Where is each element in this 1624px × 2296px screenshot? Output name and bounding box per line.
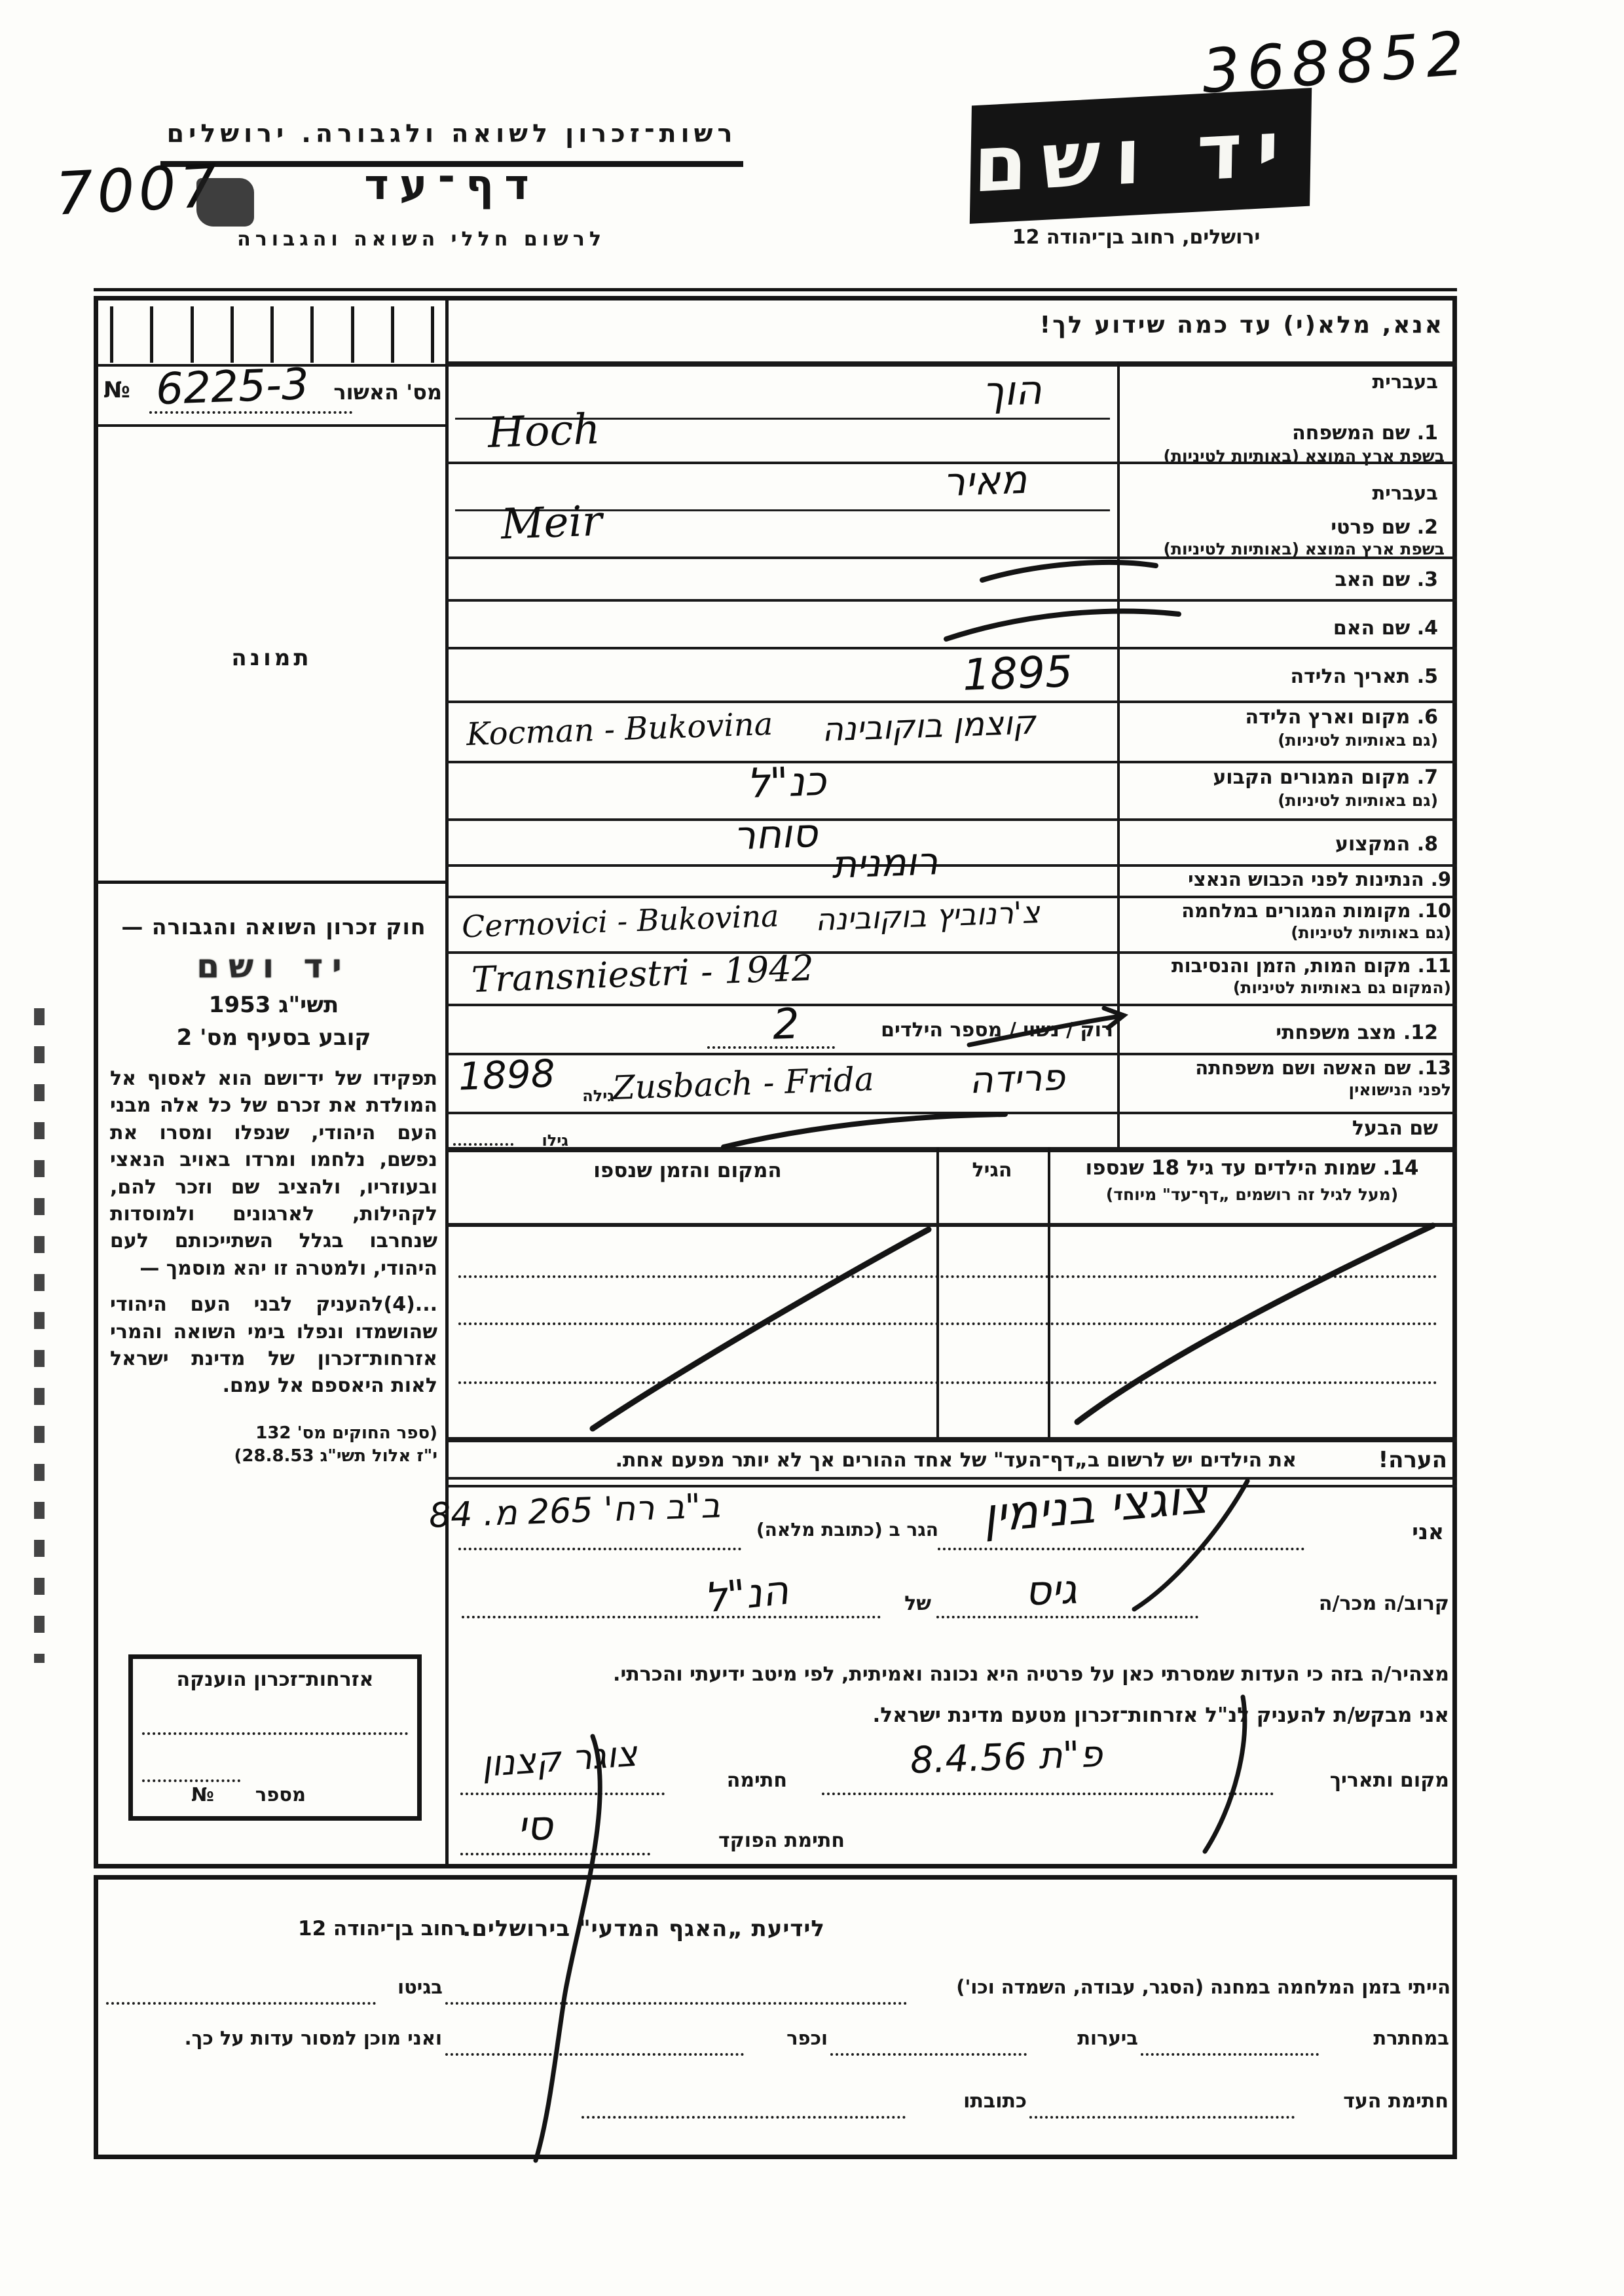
relation-handwritten: גיס <box>1024 1565 1078 1615</box>
address-line <box>458 1548 741 1550</box>
field8-value: סוחר <box>733 811 819 859</box>
relation-line <box>936 1616 1198 1618</box>
field9-label: 9. הנתינות לפני הכבוש הנאצי <box>1124 868 1451 890</box>
law-logo-text: יד ושם <box>110 947 437 985</box>
authority-line: רשות־זכרון לשואה ולגבורה. ירושלים <box>160 119 743 167</box>
law-body-paragraph: תפקידו של יד־ושם הוא לאסוף אל המולדת את … <box>110 1065 437 1282</box>
approval-number-line <box>149 411 352 414</box>
field12-children-line <box>707 1046 835 1049</box>
separator <box>447 864 1457 867</box>
field14-age-column-header: הגיל <box>940 1159 1044 1182</box>
table-row-line <box>458 1322 1437 1325</box>
official-signature-handwritten: סי <box>517 1801 554 1850</box>
village-label: וכפר <box>747 2027 828 2049</box>
citizenship-number-line <box>142 1779 240 1782</box>
field10-sublabel: (גם באותיות לטיניות) <box>1124 923 1451 942</box>
approval-number-symbol: № <box>103 377 143 403</box>
approval-number-label: מס' האשור <box>324 380 442 405</box>
place-date-line <box>822 1793 1274 1795</box>
field7-sublabel: (גם באותיות לטיניות) <box>1124 791 1438 810</box>
law-excerpt-panel: חוק זכרון השואה והגבורה — יד ושם תשי"ג 1… <box>110 914 437 1468</box>
field2-label: 2. שם פרטי <box>1124 516 1438 539</box>
yad-vashem-stamp: יד ושם <box>970 88 1312 224</box>
of-line <box>462 1616 881 1618</box>
law-body-paragraph-2: ...(4)להעניק לבני העם היהודי שהושמדו ונפ… <box>110 1291 437 1400</box>
field2-lang-label: בעברית <box>1124 482 1438 504</box>
bottom-title-address: רחוב בן־יהודה 12 <box>298 1917 475 1941</box>
declarant-i-label: אני <box>1365 1519 1444 1544</box>
field6-hebrew-value: קוצמן בוקובינה <box>821 703 1036 748</box>
separator <box>447 818 1457 821</box>
separator <box>447 1437 1457 1442</box>
law-clause: קובע בסעיף מס' 2 <box>110 1025 437 1051</box>
signature-label: חתימה <box>669 1769 787 1792</box>
witness-address-label: כתובתו <box>909 2090 1027 2113</box>
village-line <box>445 2053 744 2056</box>
perforation-ticks <box>110 306 434 363</box>
official-signature-line <box>460 1853 650 1855</box>
field1-label: 1. שם המשפחה <box>1124 422 1438 445</box>
form-title: דף־עד <box>357 161 547 210</box>
field13-sublabel: לפני הנישואין <box>1124 1080 1451 1099</box>
left-panel-divider <box>445 296 449 1868</box>
photo-box-bottom <box>98 881 447 884</box>
witness-signature-label: חתימת העד <box>1298 2090 1449 2113</box>
official-signature-label: חתימת הפוקד <box>655 1829 845 1852</box>
law-source-line1: (ספר החוקים מס' 132 <box>255 1423 437 1443</box>
field11-label: 11. מקום המות, הזמן והנסיבות <box>1124 955 1451 977</box>
citizenship-number-label: מספר <box>255 1783 306 1806</box>
table-header-underline <box>447 1223 1457 1227</box>
ready-to-testify-label: ואני מוכן למסור עדות על כך. <box>106 2027 442 2049</box>
field13-age-label: גילה <box>562 1087 614 1105</box>
declarant-name-line <box>938 1548 1304 1550</box>
separator <box>447 361 1457 367</box>
request-text: אני מבקש/ת להעניק לנ"ל אזרחות־זכרון מטעם… <box>462 1704 1449 1727</box>
signature-line <box>460 1793 665 1795</box>
witness-signature-line <box>1029 2116 1295 2119</box>
field13-label: 13. שם האשה ושם משפחתה <box>1124 1057 1451 1079</box>
photo-placeholder-label: תמונה <box>190 645 354 671</box>
approval-number-handwritten: 6225-3 <box>155 359 310 414</box>
bottom-title: לידיעת „האגף המדעי" בירושלים. <box>485 1916 825 1942</box>
field13-hebrew-value: פרידה <box>969 1056 1065 1102</box>
scan-edge-artifact <box>34 1008 45 1663</box>
witness-address-line <box>581 2116 906 2119</box>
field5-label: 5. תאריך הלידה <box>1124 665 1438 688</box>
separator-double-bottom <box>447 1485 1457 1487</box>
husband-age-line <box>453 1143 513 1146</box>
fill-instruction: אנא, מלא(י) עד כמה שידוע לך! <box>950 312 1444 338</box>
field8-label: 8. המקצוע <box>1124 833 1438 856</box>
law-year: תשי"ג 1953 <box>110 992 437 1018</box>
table-col-divider-age-left <box>936 1147 939 1437</box>
husband-name-label: שם הבעל <box>1124 1117 1438 1140</box>
declaration-text: מצהיר/ה בזה כי העדות שמסרתי כאן על פרטיה… <box>462 1663 1449 1686</box>
approval-row-underline <box>98 424 447 427</box>
field7-value: כנ"ל <box>746 757 827 807</box>
field1-lang-label: בעברית <box>1124 371 1438 393</box>
field3-label: 3. שם האב <box>1124 568 1438 591</box>
law-title: חוק זכרון השואה והגבורה — <box>110 914 437 939</box>
place-date-label: מקום ותאריך <box>1280 1769 1449 1792</box>
label-column-divider <box>1117 361 1120 1150</box>
field5-value: 1895 <box>962 646 1074 701</box>
separator <box>447 1112 1457 1114</box>
table-row-line <box>458 1275 1437 1278</box>
field6-sublabel: (גם באותיות לטיניות) <box>1124 731 1438 750</box>
camp-line <box>445 2002 907 2005</box>
relation-label: קרוב/ה מכר/ה <box>1204 1592 1449 1615</box>
field11-sublabel: (המקום גם באותיות לטיניות) <box>1124 978 1451 997</box>
top-double-rule <box>94 288 1457 291</box>
of-value-handwritten: הנ"ל <box>702 1565 791 1622</box>
law-source-line2: י"ז אלול תשי"ג 28.8.53) <box>234 1446 437 1466</box>
citizenship-number-symbol: № <box>191 1783 214 1806</box>
field2-latin-value: Meir <box>500 497 603 549</box>
field1-hebrew-value: הוך <box>982 365 1043 415</box>
field6-label: 6. מקום וארץ הלידה <box>1124 706 1438 729</box>
field12-label: 12. מצב משפחתי <box>1124 1021 1438 1044</box>
separator <box>447 647 1457 649</box>
separator <box>447 1147 1457 1152</box>
ghetto-line <box>106 2002 376 2005</box>
underground-line <box>1141 2053 1319 2056</box>
separator <box>447 1053 1457 1055</box>
separator <box>447 761 1457 763</box>
resides-label: הגר ב (כתובת מלאה) <box>752 1519 938 1540</box>
daf-ed-testimony-form: 368852 יד ושם ירושלים, רחוב בן־יהודה 12 … <box>0 0 1624 2296</box>
table-row-line <box>458 1381 1437 1384</box>
form-subtitle: לרשום חללי השואה והגבורה <box>298 228 606 251</box>
note-text: את הילדים יש לרשום ב„דף־העד" של אחד ההור… <box>485 1449 1297 1472</box>
camp-line-label: הייתי בזמן המלחמה במחנה (הסגר, עבודה, הש… <box>913 1976 1450 1998</box>
field14-place-column-header: המקום והזמן שנספו <box>517 1159 858 1182</box>
yad-vashem-logo-text: יד ושם <box>972 101 1308 210</box>
separator <box>447 701 1457 703</box>
citizenship-box-title: אזרחות־זכרון הוענקה <box>133 1668 417 1691</box>
law-source-note: (ספר החוקים מס' 132 י"ז אלול תשי"ג 28.8.… <box>110 1422 437 1468</box>
field4-label: 4. שם האם <box>1124 617 1438 640</box>
separator-double-top <box>447 1477 1457 1480</box>
forests-label: ביערות <box>1029 2027 1138 2049</box>
separator <box>447 1004 1457 1006</box>
field13-age-value: 1898 <box>458 1051 556 1099</box>
memorial-citizenship-box: אזרחות־זכרון הוענקה מספר № <box>128 1654 422 1821</box>
field14-label: 14. שמות הילדים עד גיל 18 שנספו <box>1056 1156 1449 1180</box>
field1-latin-value: Hoch <box>487 405 601 458</box>
table-col-divider-age-right <box>1048 1147 1050 1437</box>
field9-value: רומנית <box>831 839 939 887</box>
separator <box>447 556 1457 559</box>
separator <box>447 599 1457 602</box>
field14-sublabel: (מעל לגיל זה רושמים „דף־עד" מיוחד) <box>1056 1185 1449 1204</box>
field2-hebrew-value: מאיר <box>942 457 1028 505</box>
citizenship-box-line <box>142 1732 408 1735</box>
forests-line <box>830 2053 1027 2056</box>
field2-sublabel: בשפת ארץ המוצא (באותיות לטיניות) <box>1124 539 1445 558</box>
field12-value: 2 <box>772 1000 800 1049</box>
of-label: של <box>885 1592 931 1615</box>
note-label: הערה! <box>1306 1447 1447 1473</box>
stamp-address: ירושלים, רחוב בן־יהודה 12 <box>982 226 1290 249</box>
separator <box>447 951 1457 954</box>
field10-label: 10. מקומות המגורים במלחמה <box>1124 900 1451 922</box>
ghetto-label: בגיטו <box>378 1976 443 1998</box>
field7-label: 7. מקום המגורים הקבוע <box>1124 766 1438 789</box>
place-date-handwritten: פ"ת 8.4.56 <box>910 1733 1103 1782</box>
underground-label: במחתרת <box>1321 2027 1449 2049</box>
field12-options: רוק / נשוי / מספר הילדים <box>838 1019 1113 1042</box>
ink-blot <box>196 178 254 227</box>
